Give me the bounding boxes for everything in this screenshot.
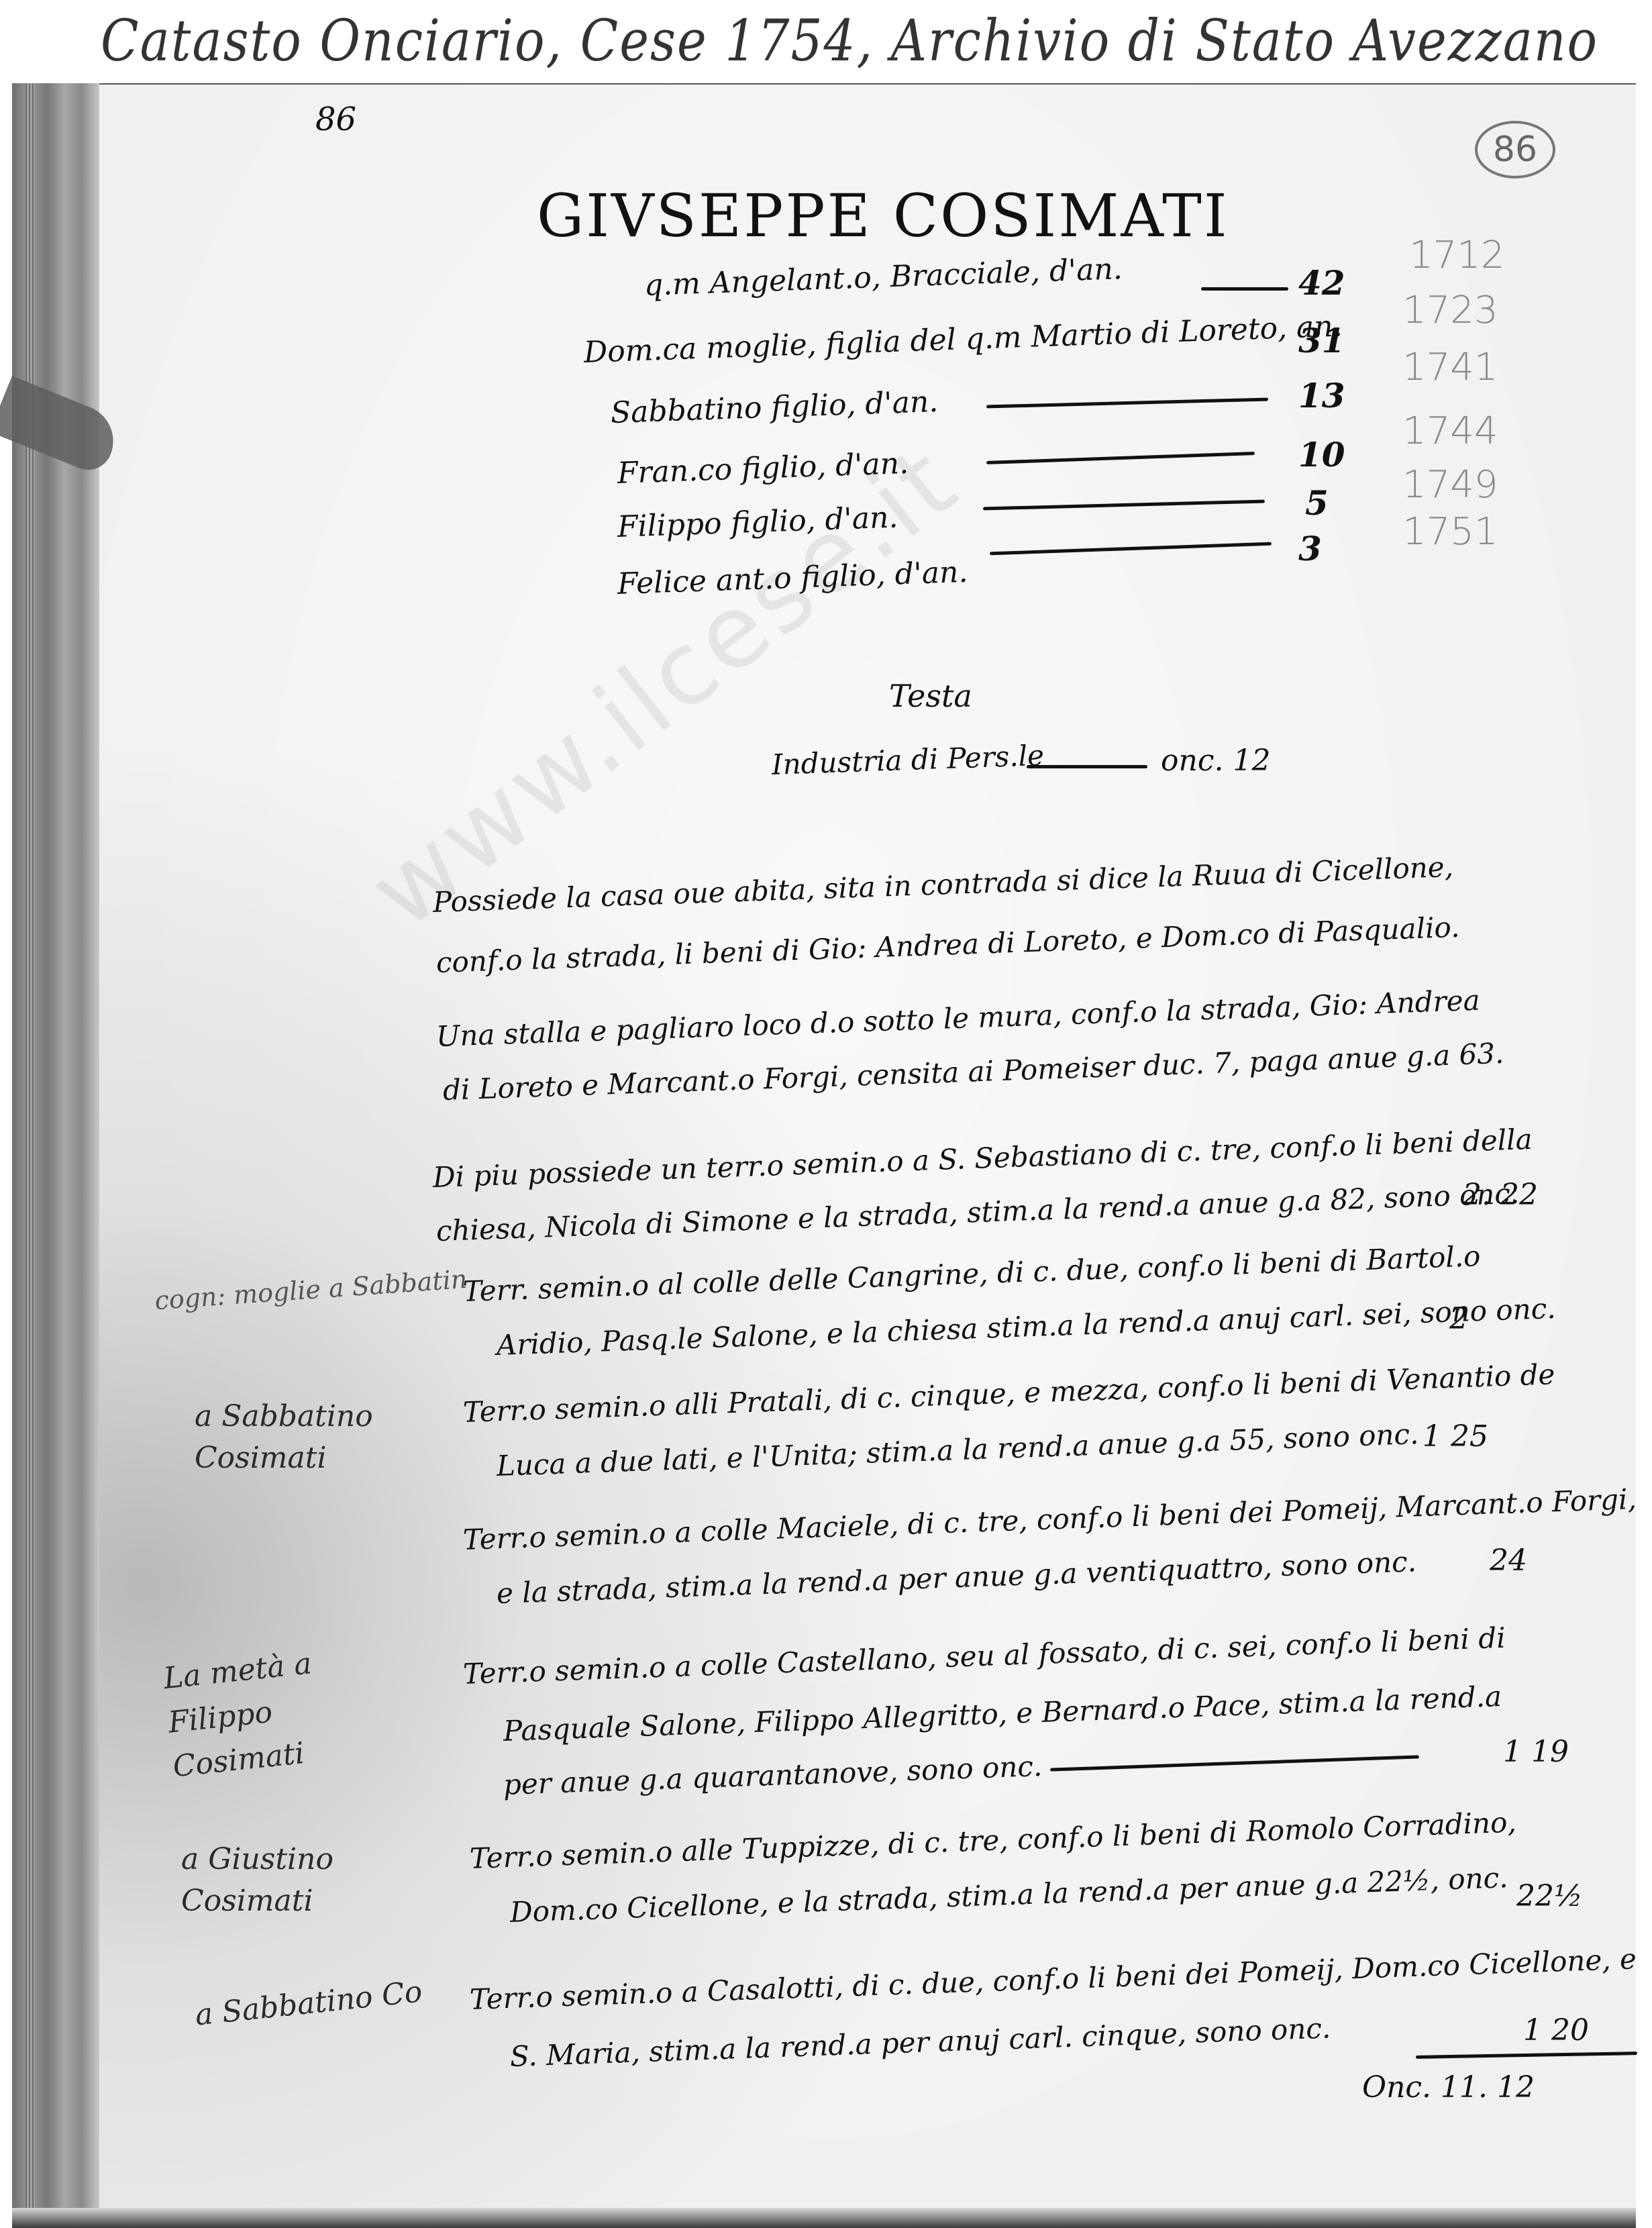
- entry-value: 1 19: [1503, 1735, 1569, 1769]
- leader-line: [1201, 287, 1288, 291]
- leader-line: [1027, 765, 1147, 768]
- member-age: 10: [1298, 435, 1345, 474]
- pencil-year: 1751: [1402, 510, 1498, 554]
- entry-value: 22½: [1516, 1879, 1583, 1913]
- member-age: 5: [1305, 483, 1329, 523]
- pencil-year: 1741: [1402, 346, 1498, 389]
- pencil-year: 1749: [1402, 463, 1498, 507]
- member-age: 13: [1298, 376, 1345, 415]
- industry-value: onc. 12: [1161, 744, 1270, 778]
- margin-note: La metà a Filippo Cosimati: [162, 1632, 416, 1790]
- folio-circled-label: 86: [1493, 130, 1537, 170]
- folio-number-circled: 86: [1475, 121, 1555, 179]
- pencil-year: 1723: [1402, 289, 1498, 332]
- banner-title: Catasto Onciario, Cese 1754, Archivio di…: [101, 8, 1598, 74]
- entry-value: 2: [1449, 1302, 1468, 1336]
- page-heading: GIVSEPPE COSIMATI: [537, 181, 1229, 250]
- pencil-year: 1744: [1402, 409, 1498, 453]
- archive-banner: Catasto Onciario, Cese 1754, Archivio di…: [0, 0, 1652, 82]
- member-age: 3: [1298, 529, 1322, 568]
- entry-value: 24: [1490, 1543, 1527, 1578]
- entry-value: 2. 22: [1463, 1178, 1538, 1212]
- page-bottom-edge: [12, 2208, 1649, 2228]
- margin-note: a Sabbatino Cosimati: [195, 1396, 396, 1478]
- page-right-margin: [1636, 83, 1652, 2228]
- folio-number-ink: 86: [315, 101, 356, 138]
- member-age: 31: [1298, 321, 1345, 360]
- margin-note: a Giustino Cosimati: [181, 1839, 382, 1921]
- entry-value: 1 25: [1423, 1419, 1488, 1454]
- total-value: Onc. 11. 12: [1362, 2070, 1535, 2105]
- member-age: 42: [1298, 263, 1345, 303]
- pencil-year: 1712: [1409, 234, 1505, 277]
- entry-value: 1 20: [1523, 2013, 1589, 2047]
- testa-heading: Testa: [889, 678, 972, 714]
